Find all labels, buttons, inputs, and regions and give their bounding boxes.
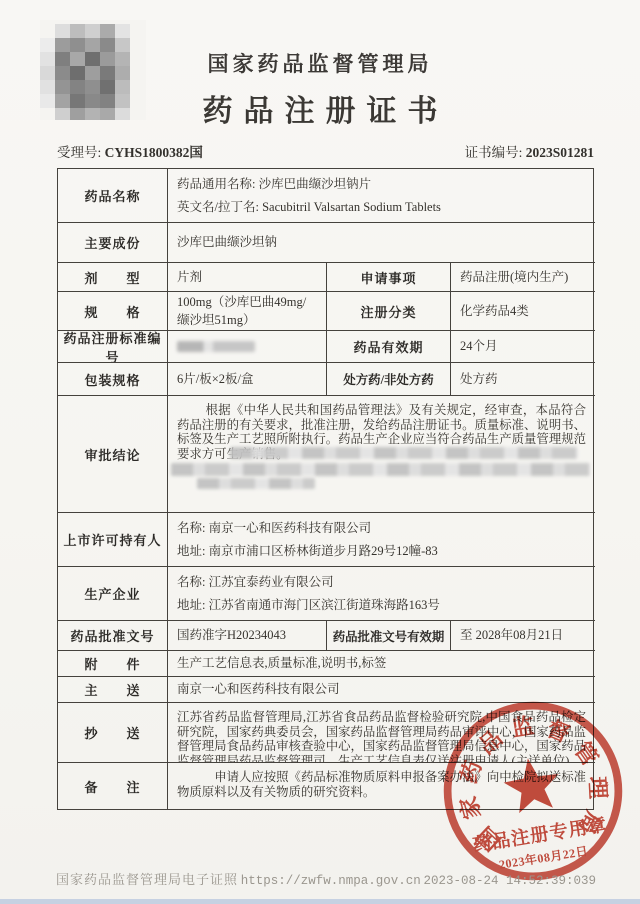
acceptance-number: 受理号: CYHS1800382国 <box>57 141 203 161</box>
spec-value: 100mg（沙库巴曲49mg/缬沙坦51mg） <box>168 292 327 331</box>
drug-name-label: 药品名称 <box>58 169 168 223</box>
dosage-form-label: 剂 型 <box>58 263 168 292</box>
holder-name: 名称: 南京一心和医药科技有限公司 <box>177 517 586 540</box>
cc-value: 江苏省药品监督管理局,江苏省食品药品监督检验研究院,中国食品药品检定研究院，国家… <box>168 703 595 763</box>
redacted-conclusion-line-3 <box>197 478 315 489</box>
approval-validity-label: 药品批准文号有效期 <box>327 621 451 651</box>
application-label: 申请事项 <box>327 263 451 292</box>
attachments-label: 附 件 <box>58 651 168 677</box>
dosage-form-value: 片剂 <box>168 263 327 292</box>
manufacturer-name: 名称: 江苏宜泰药业有限公司 <box>177 571 586 594</box>
rx-label: 处方药/非处方药 <box>327 363 451 396</box>
std-no-value <box>168 331 327 363</box>
std-no-label: 药品注册标准编号 <box>58 331 168 363</box>
redacted-conclusion-line-2 <box>171 463 590 476</box>
main-recipient-value: 南京一心和医药科技有限公司 <box>168 677 595 703</box>
footer-timestamp: 2023-08-24 14:52:39:039 <box>423 874 596 888</box>
drug-name-value: 药品通用名称: 沙库巴曲缬沙坦钠片 英文名/拉丁名: Sacubitril Va… <box>168 169 595 223</box>
remarks-label: 备 注 <box>58 763 168 809</box>
package-value: 6片/板×2板/盒 <box>168 363 327 396</box>
manufacturer-value: 名称: 江苏宜泰药业有限公司 地址: 江苏省南通市海门区滨江街道珠海路163号 <box>168 567 595 621</box>
issuing-authority: 国家药品监督管理局 <box>0 48 640 78</box>
drug-generic-name: 药品通用名称: 沙库巴曲缬沙坦钠片 <box>177 173 586 196</box>
approval-no-label: 药品批准文号 <box>58 621 168 651</box>
holder-value: 名称: 南京一心和医药科技有限公司 地址: 南京市浦口区桥林街道步月路29号12… <box>168 513 595 567</box>
footer-url: https://zwfw.nmpa.gov.cn <box>241 874 421 888</box>
conclusion-label: 审批结论 <box>58 396 168 513</box>
conclusion-value: 根据《中华人民共和国药品管理法》及有关规定，经审查，本品符合药品注册的有关要求，… <box>168 396 595 513</box>
seal-ring-char: 局 <box>573 807 606 839</box>
footer-label: 国家药品监督管理局电子证照 <box>56 869 238 888</box>
redacted-std-no <box>177 341 255 352</box>
drug-english-name: 英文名/拉丁名: Sacubitril Valsartan Sodium Tab… <box>177 196 586 219</box>
validity-value: 24个月 <box>451 331 595 363</box>
seal-date: 2023年08月22日 <box>498 843 589 872</box>
certificate-number: 证书编号: 2023S01281 <box>465 141 594 161</box>
approval-no-value: 国药准字H20234043 <box>168 621 327 651</box>
document-title: 药品注册证书 <box>0 86 640 130</box>
certificate-table: 药品名称 药品通用名称: 沙库巴曲缬沙坦钠片 英文名/拉丁名: Sacubitr… <box>57 168 594 810</box>
holder-label: 上市许可持有人 <box>58 513 168 567</box>
remarks-value: 申请人应按照《药品标准物质原料申报备案办法》向中检院拟送标准物质原料以及有关物质… <box>168 763 595 809</box>
attachments-value: 生产工艺信息表,质量标准,说明书,标签 <box>168 651 595 677</box>
seal-title: 药品注册专用章 <box>471 813 608 855</box>
footer: 国家药品监督管理局电子证照 https://zwfw.nmpa.gov.cn 2… <box>56 869 596 888</box>
validity-label: 药品有效期 <box>327 331 451 363</box>
manufacturer-address: 地址: 江苏省南通市海门区滨江街道珠海路163号 <box>177 594 586 617</box>
photo-edge-strip <box>0 899 640 904</box>
main-recipient-label: 主 送 <box>58 677 168 703</box>
holder-address: 地址: 南京市浦口区桥林街道步月路29号12幢-83 <box>177 540 586 563</box>
reg-class-value: 化学药品4类 <box>451 292 595 331</box>
approval-validity-value: 至 2028年08月21日 <box>451 621 595 651</box>
seal-ring-char: 国 <box>472 822 505 856</box>
redacted-conclusion-line-1 <box>230 447 578 459</box>
rx-value: 处方药 <box>451 363 595 396</box>
ingredients-value: 沙库巴曲缬沙坦钠 <box>168 223 595 263</box>
meta-row: 受理号: CYHS1800382国 证书编号: 2023S01281 <box>57 141 594 161</box>
cc-label: 抄 送 <box>58 703 168 763</box>
spec-label: 规 格 <box>58 292 168 331</box>
ingredients-label: 主要成份 <box>58 223 168 263</box>
reg-class-label: 注册分类 <box>327 292 451 331</box>
manufacturer-label: 生产企业 <box>58 567 168 621</box>
application-value: 药品注册(境内生产) <box>451 263 595 292</box>
package-label: 包装规格 <box>58 363 168 396</box>
certificate-page: 国家药品监督管理局 药品注册证书 受理号: CYHS1800382国 证书编号:… <box>0 0 640 904</box>
